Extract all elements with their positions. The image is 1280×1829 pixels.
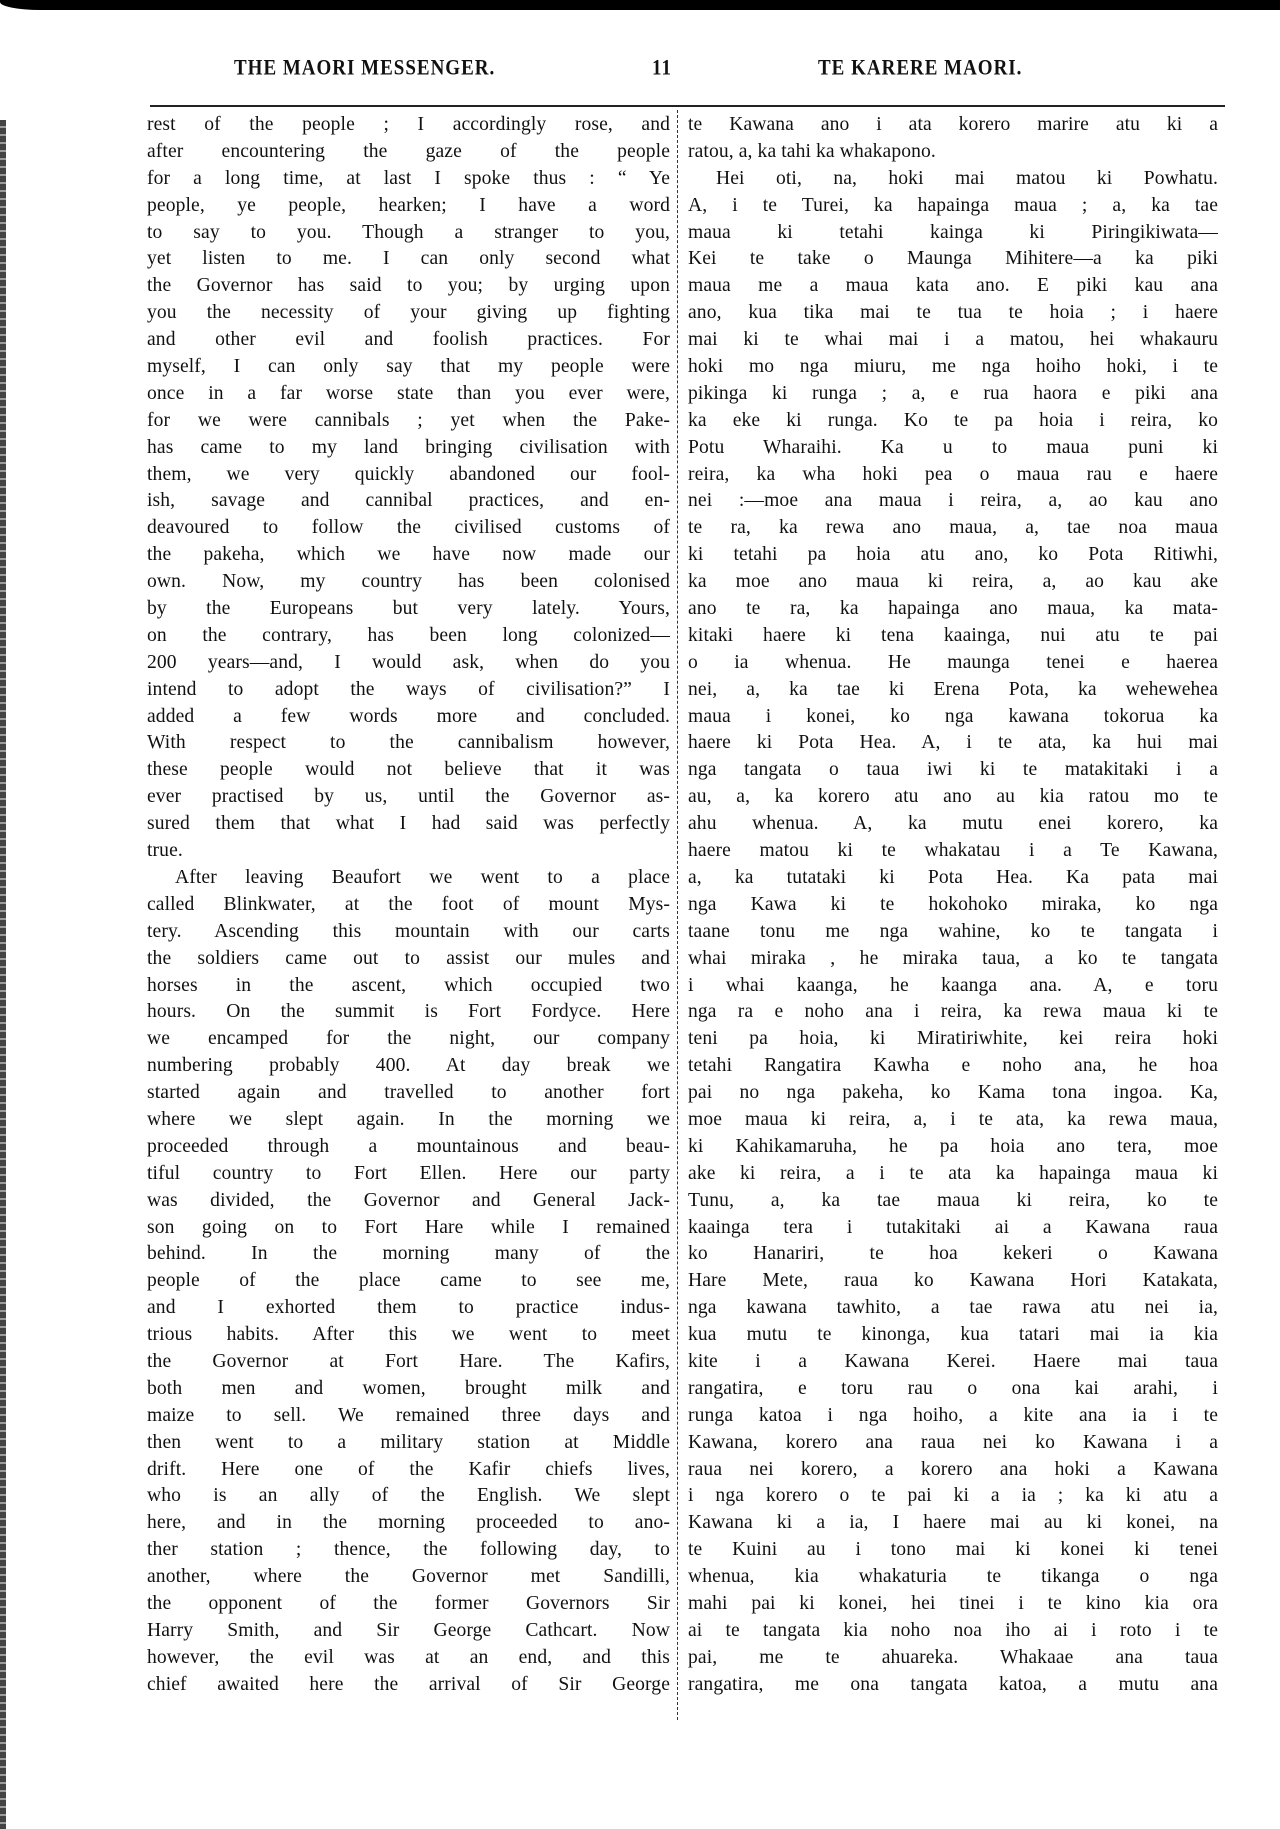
text-line: intend to adopt the ways of civilisation… <box>147 677 670 704</box>
text-line: ever practised by us, until the Governor… <box>147 784 670 811</box>
page-number: 11 <box>652 56 672 81</box>
masthead-english: THE MAORI MESSENGER. <box>234 56 495 81</box>
text-line: started again and travelled to another f… <box>147 1080 670 1107</box>
text-line: maua i konei, ko nga kawana tokorua ka <box>688 704 1218 731</box>
text-line: ano te ra, ka hapainga ano maua, ka mata… <box>688 596 1218 623</box>
text-line: the opponent of the former Governors Sir <box>147 1591 670 1618</box>
text-line: Harry Smith, and Sir George Cathcart. No… <box>147 1618 670 1645</box>
masthead-maori: TE KARERE MAORI. <box>818 56 1022 81</box>
text-line: yet listen to me. I can only second what <box>147 246 670 273</box>
text-line: behind. In the morning many of the <box>147 1241 670 1268</box>
text-line: kitaki haere ki tena kaainga, nui atu te… <box>688 623 1218 650</box>
text-line: once in a far worse state than you ever … <box>147 381 670 408</box>
text-line: Tunu, a, ka tae maua ki reira, ko te <box>688 1188 1218 1215</box>
text-line: rangatira, me ona tangata katoa, a mutu … <box>688 1672 1218 1699</box>
text-line: kua mutu te kinonga, kua tatari mai ia k… <box>688 1322 1218 1349</box>
text-line: pai, me te ahuareka. Whakaae ana taua <box>688 1645 1218 1672</box>
text-line: After leaving Beaufort we went to a plac… <box>147 865 670 892</box>
text-line: people, ye people, hearken; I have a wor… <box>147 193 670 220</box>
text-line: 200 years—and, I would ask, when do you <box>147 650 670 677</box>
text-line: true. <box>147 838 670 865</box>
text-line: however, the evil was at an end, and thi… <box>147 1645 670 1672</box>
text-line: people of the place came to see me, <box>147 1268 670 1295</box>
text-line: nga tangata o taua iwi ki te matakitaki … <box>688 757 1218 784</box>
text-line: maize to sell. We remained three days an… <box>147 1403 670 1430</box>
maori-column: te Kawana ano i ata korero marire atu ki… <box>688 112 1218 1699</box>
page-top-border <box>0 0 1280 10</box>
text-line: taane tonu me nga wahine, ko te tangata … <box>688 919 1218 946</box>
text-line: nga kawana tawhito, a tae rawa atu nei i… <box>688 1295 1218 1322</box>
text-line: Hare Mete, raua ko Kawana Hori Katakata, <box>688 1268 1218 1295</box>
text-line: by the Europeans but very lately. Yours, <box>147 596 670 623</box>
text-line: another, where the Governor met Sandilli… <box>147 1564 670 1591</box>
text-line: chief awaited here the arrival of Sir Ge… <box>147 1672 670 1699</box>
text-line: proceeded through a mountainous and beau… <box>147 1134 670 1161</box>
text-line: numbering probably 400. At day break we <box>147 1053 670 1080</box>
text-line: sured them that what I had said was perf… <box>147 811 670 838</box>
text-line: te ra, ka rewa ano maua, a, tae noa maua <box>688 515 1218 542</box>
text-line: added a few words more and concluded. <box>147 704 670 731</box>
text-line: ahu whenua. A, ka mutu enei korero, ka <box>688 811 1218 838</box>
text-line: nga Kawa ki te hokohoko miraka, ko nga <box>688 892 1218 919</box>
text-line: here, and in the morning proceeded to an… <box>147 1510 670 1537</box>
text-line: A, i te Turei, ka hapainga maua ; a, ka … <box>688 193 1218 220</box>
text-line: myself, I can only say that my people we… <box>147 354 670 381</box>
text-line: these people would not believe that it w… <box>147 757 670 784</box>
text-line: rest of the people ; I accordingly rose,… <box>147 112 670 139</box>
text-line: moe maua ki reira, a, i te ata, ka rewa … <box>688 1107 1218 1134</box>
page-binding-edge <box>0 120 6 1829</box>
text-line: au, a, ka korero atu ano au kia ratou mo… <box>688 784 1218 811</box>
text-line: ka moe ano maua ki reira, a, ao kau ake <box>688 569 1218 596</box>
text-line: hours. On the summit is Fort Fordyce. He… <box>147 999 670 1026</box>
text-line: ish, savage and cannibal practices, and … <box>147 488 670 515</box>
text-line: ake ki reira, a i te ata ka hapainga mau… <box>688 1161 1218 1188</box>
text-line: a, ka tutataki ki Pota Hea. Ka pata mai <box>688 865 1218 892</box>
text-line: tery. Ascending this mountain with our c… <box>147 919 670 946</box>
text-line: hoki mo nga miuru, me nga hoiho hoki, i … <box>688 354 1218 381</box>
text-line: whai miraka , he miraka taua, a ko te ta… <box>688 946 1218 973</box>
text-line: nei, a, ka tae ki Erena Pota, ka weheweh… <box>688 677 1218 704</box>
text-line: ai te tangata kia noho noa iho ai i roto… <box>688 1618 1218 1645</box>
text-line: you the necessity of your giving up figh… <box>147 300 670 327</box>
text-line: kaainga tera i tutakitaki ai a Kawana ra… <box>688 1215 1218 1242</box>
text-line: pikinga ki runga ; a, e rua haora e piki… <box>688 381 1218 408</box>
text-line: the soldiers came out to assist our mule… <box>147 946 670 973</box>
text-line: Potu Wharaihi. Ka u to maua puni ki <box>688 435 1218 462</box>
text-line: tetahi Rangatira Kawha e noho ana, he ho… <box>688 1053 1218 1080</box>
text-line: ratou, a, ka tahi ka whakapono. <box>688 139 1218 166</box>
text-line: kite i a Kawana Kerei. Haere mai taua <box>688 1349 1218 1376</box>
text-line: reira, ka wha hoki pea o maua rau e haer… <box>688 462 1218 489</box>
text-line: whenua, kia whakaturia te tikanga o nga <box>688 1564 1218 1591</box>
text-line: tiful country to Fort Ellen. Here our pa… <box>147 1161 670 1188</box>
text-line: to say to you. Though a stranger to you, <box>147 220 670 247</box>
text-line: drift. Here one of the Kafir chiefs live… <box>147 1457 670 1484</box>
text-line: and I exhorted them to practice indus- <box>147 1295 670 1322</box>
text-line: ki tetahi pa hoia atu ano, ko Pota Ritiw… <box>688 542 1218 569</box>
text-line: on the contrary, has been long colonized… <box>147 623 670 650</box>
text-line: called Blinkwater, at the foot of mount … <box>147 892 670 919</box>
column-divider <box>677 110 678 1720</box>
text-line: i nga korero o te pai ki a ia ; ka ki at… <box>688 1483 1218 1510</box>
text-line: the Governor at Fort Hare. The Kafirs, <box>147 1349 670 1376</box>
text-line: maua ki tetahi kainga ki Piringikiwata— <box>688 220 1218 247</box>
header-rule <box>150 105 1225 107</box>
text-line: rangatira, e toru rau o ona kai arahi, i <box>688 1376 1218 1403</box>
text-line: ka eke ki runga. Ko te pa hoia i reira, … <box>688 408 1218 435</box>
text-line: With respect to the cannibalism however, <box>147 730 670 757</box>
text-line: nga ra e noho ana i reira, ka rewa maua … <box>688 999 1218 1026</box>
text-line: for we were cannibals ; yet when the Pak… <box>147 408 670 435</box>
text-line: te Kawana ano i ata korero marire atu ki… <box>688 112 1218 139</box>
text-line: teni pa hoia, ki Miratiriwhite, kei reir… <box>688 1026 1218 1053</box>
text-line: ano, kua tika mai te tua te hoia ; i hae… <box>688 300 1218 327</box>
text-line: mai ki te whai mai i a matou, hei whakau… <box>688 327 1218 354</box>
text-line: trious habits. After this we went to mee… <box>147 1322 670 1349</box>
text-line: the Governor has said to you; by urging … <box>147 273 670 300</box>
text-line: haere matou ki te whakatau i a Te Kawana… <box>688 838 1218 865</box>
text-line: ki Kahikamaruha, he pa hoia ano tera, mo… <box>688 1134 1218 1161</box>
text-line: then went to a military station at Middl… <box>147 1430 670 1457</box>
text-line: own. Now, my country has been colonised <box>147 569 670 596</box>
text-line: horses in the ascent, which occupied two <box>147 973 670 1000</box>
text-line: mahi pai ki konei, hei tinei i te kino k… <box>688 1591 1218 1618</box>
english-column: rest of the people ; I accordingly rose,… <box>147 112 670 1699</box>
text-line: was divided, the Governor and General Ja… <box>147 1188 670 1215</box>
text-line: ko Hanariri, te hoa kekeri o Kawana <box>688 1241 1218 1268</box>
text-line: ther station ; thence, the following day… <box>147 1537 670 1564</box>
text-line: pai no nga pakeha, ko Kama tona ingoa. K… <box>688 1080 1218 1107</box>
text-line: where we slept again. In the morning we <box>147 1107 670 1134</box>
text-line: maua me a maua kata ano. E piki kau ana <box>688 273 1218 300</box>
text-line: runga katoa i nga hoiho, a kite ana ia i… <box>688 1403 1218 1430</box>
text-line: both men and women, brought milk and <box>147 1376 670 1403</box>
text-line: them, we very quickly abandoned our fool… <box>147 462 670 489</box>
text-line: raua nei korero, a korero ana hoki a Kaw… <box>688 1457 1218 1484</box>
text-line: for a long time, at last I spoke thus : … <box>147 166 670 193</box>
text-line: nei :—moe ana maua i reira, a, ao kau an… <box>688 488 1218 515</box>
text-line: deavoured to follow the civilised custom… <box>147 515 670 542</box>
text-line: who is an ally of the English. We slept <box>147 1483 670 1510</box>
text-line: Kei te take o Maunga Mihitere—a ka piki <box>688 246 1218 273</box>
text-line: i whai kaanga, he kaanga ana. A, e toru <box>688 973 1218 1000</box>
text-line: Hei oti, na, hoki mai matou ki Powhatu. <box>688 166 1218 193</box>
text-line: Kawana, korero ana raua nei ko Kawana i … <box>688 1430 1218 1457</box>
text-line: has came to my land bringing civilisatio… <box>147 435 670 462</box>
text-line: and other evil and foolish practices. Fo… <box>147 327 670 354</box>
text-line: after encountering the gaze of the peopl… <box>147 139 670 166</box>
text-line: son going on to Fort Hare while I remain… <box>147 1215 670 1242</box>
page-header: THE MAORI MESSENGER. 11 TE KARERE MAORI. <box>150 58 1220 98</box>
text-line: haere ki Pota Hea. A, i te ata, ka hui m… <box>688 730 1218 757</box>
text-line: we encamped for the night, our company <box>147 1026 670 1053</box>
text-line: the pakeha, which we have now made our <box>147 542 670 569</box>
text-line: o ia whenua. He maunga tenei e haerea <box>688 650 1218 677</box>
text-line: Kawana ki a ia, I haere mai au ki konei,… <box>688 1510 1218 1537</box>
text-line: te Kuini au i tono mai ki konei ki tenei <box>688 1537 1218 1564</box>
